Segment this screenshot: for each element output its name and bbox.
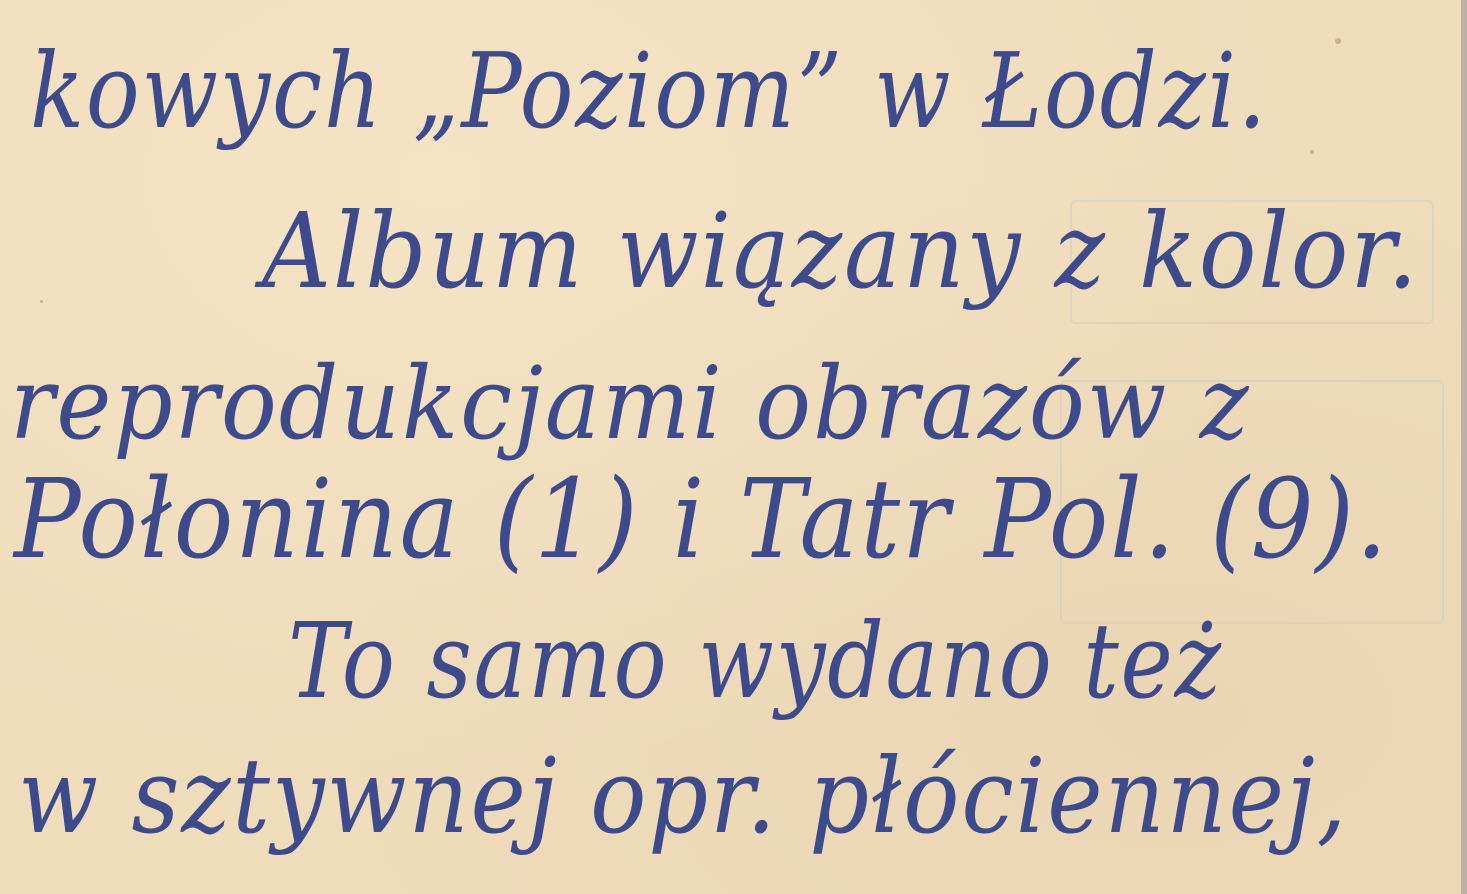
handwritten-line-1: kowych „Poziom” w Łodzi. bbox=[30, 30, 1268, 152]
handwritten-line-2: Album wiązany z kolor. bbox=[262, 190, 1420, 312]
handwritten-line-6: w sztywnej opr. płóciennej, bbox=[18, 735, 1348, 857]
handwritten-line-3: reprodukcjami obrazów z bbox=[10, 345, 1250, 462]
handwritten-card: kowych „Poziom” w Łodzi. Album wiązany z… bbox=[0, 0, 1467, 894]
paper-speck bbox=[1310, 150, 1314, 154]
handwritten-line-4: Połonina (1) i Tatr Pol. (9). bbox=[14, 455, 1389, 583]
card-edge bbox=[1461, 0, 1467, 894]
handwritten-line-5: To samo wydano też bbox=[288, 600, 1223, 722]
paper-speck bbox=[40, 300, 43, 303]
paper-speck bbox=[1335, 38, 1341, 44]
